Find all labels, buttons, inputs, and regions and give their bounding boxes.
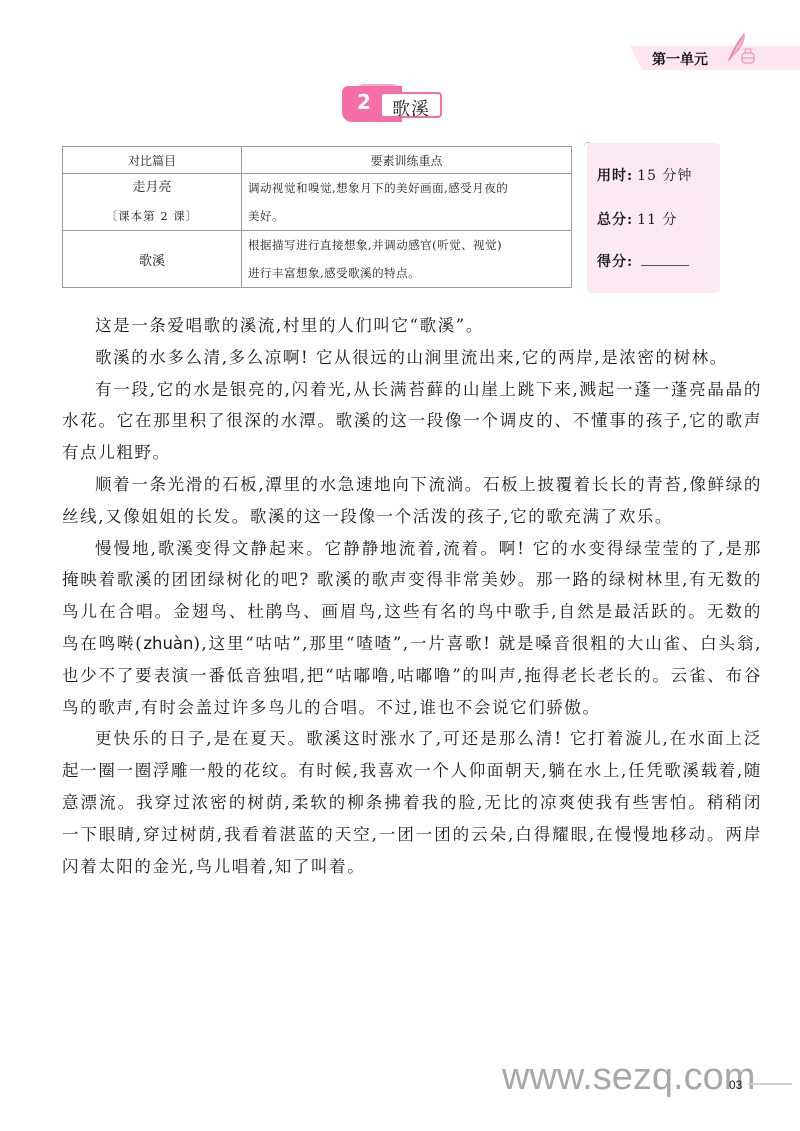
page-rule-divider: [748, 1083, 792, 1085]
focus-cell: 调动视觉和嗅觉,想象月下的美好画面,感受月夜的 美好。: [242, 174, 572, 231]
lesson-title: 歌溪: [382, 95, 440, 121]
article-cell: 走月亮 〔课本第 2 课〕: [63, 174, 242, 231]
focus-text-line: 根据描写进行直接想象,并调动感官(听觉、视觉): [248, 231, 565, 259]
lesson-number: 2: [350, 90, 378, 114]
pinyin-annotation: zhuàn: [143, 634, 193, 653]
score-row: 得分:: [597, 251, 689, 271]
table-header-row: 对比篇目 要素训练重点: [63, 147, 572, 174]
inkpot-icon: [740, 48, 756, 64]
article-note: 〔课本第 2 课〕: [69, 202, 235, 230]
score-box: 用时:15 分钟 总分:11 分 得分:: [587, 143, 720, 293]
corner-decoration-icon: [583, 141, 593, 150]
paragraph: 慢慢地,歌溪变得文静起来。它静静地流着,流着。啊! 它的水变得绿莹莹的了,是那掩…: [62, 533, 762, 724]
time-label: 用时:: [597, 168, 633, 184]
focus-text-line: 进行丰富想象,感受歌溪的特点。: [248, 259, 565, 287]
article-title: 走月亮: [69, 174, 235, 202]
unit-label: 第一单元: [652, 49, 708, 69]
score-label: 得分:: [597, 254, 633, 270]
paragraph: 顺着一条光滑的石板,潭里的水急速地向下流淌。石板上披覆着长长的青苔,像鲜绿的丝线…: [62, 469, 762, 533]
table-row: 歌溪 根据描写进行直接想象,并调动感官(听觉、视觉) 进行丰富想象,感受歌溪的特…: [63, 231, 572, 288]
article-cell: 歌溪: [63, 231, 242, 288]
focus-text-line: 调动视觉和嗅觉,想象月下的美好画面,感受月夜的: [248, 174, 565, 202]
total-value: 11 分: [637, 212, 677, 228]
paragraph: 有一段,它的水是银亮的,闪着光,从长满苔藓的山崖上跳下来,溅起一蓬一蓬亮晶晶的水…: [62, 374, 762, 469]
paragraph: 更快乐的日子,是在夏天。歌溪这时涨水了,可还是那么清! 它打着漩儿,在水面上泛起…: [62, 723, 762, 882]
time-row: 用时:15 分钟: [597, 165, 692, 185]
header-compare-article: 对比篇目: [63, 147, 242, 174]
total-label: 总分:: [597, 212, 633, 228]
lesson-badge: 2 歌溪: [342, 86, 442, 124]
paragraph: 歌溪的水多么清,多么凉啊! 它从很远的山涧里流出来,它的两岸,是浓密的树林。: [62, 342, 762, 374]
comparison-table: 对比篇目 要素训练重点 走月亮 〔课本第 2 课〕 调动视觉和嗅觉,想象月下的美…: [62, 146, 572, 288]
focus-text-line: 美好。: [248, 202, 565, 230]
watermark: www.sezq.com: [502, 1056, 755, 1099]
lesson-title-box: 歌溪: [380, 92, 442, 118]
article-body: 这是一条爱唱歌的溪流,村里的人们叫它“歌溪”。 歌溪的水多么清,多么凉啊! 它从…: [62, 310, 762, 882]
time-value: 15 分钟: [637, 168, 692, 184]
article-title: 歌溪: [139, 254, 165, 269]
page-number: 03: [729, 1078, 742, 1092]
table-row: 走月亮 〔课本第 2 课〕 调动视觉和嗅觉,想象月下的美好画面,感受月夜的 美好…: [63, 174, 572, 231]
focus-cell: 根据描写进行直接想象,并调动感官(听觉、视觉) 进行丰富想象,感受歌溪的特点。: [242, 231, 572, 288]
header-training-focus: 要素训练重点: [242, 147, 572, 174]
total-row: 总分:11 分: [597, 209, 677, 229]
paragraph: 这是一条爱唱歌的溪流,村里的人们叫它“歌溪”。: [62, 310, 762, 342]
score-input[interactable]: [641, 251, 689, 266]
